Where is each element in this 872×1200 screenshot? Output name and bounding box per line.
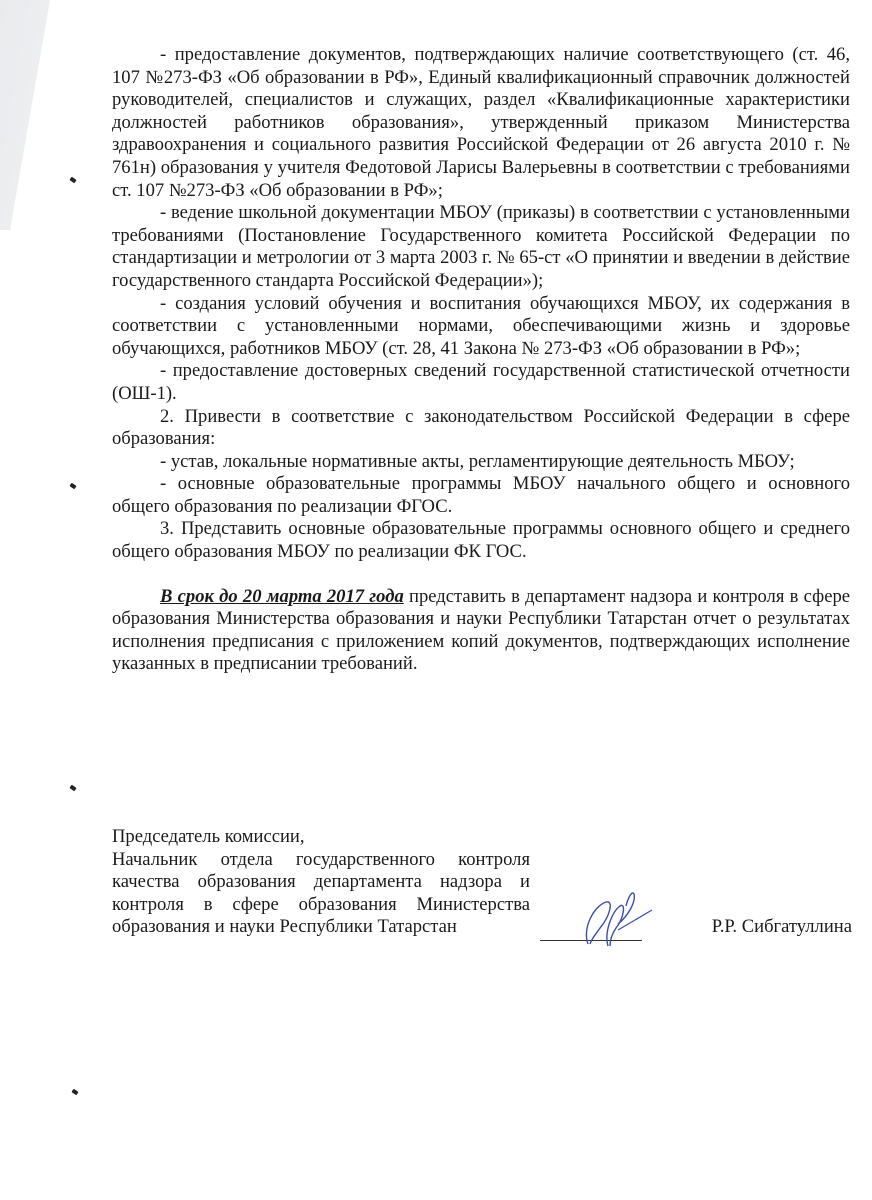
signature-block: Председатель комиссии, Начальник отдела … bbox=[112, 826, 852, 939]
paragraph-item-3: 3. Представить основные образовательные … bbox=[112, 518, 850, 563]
paragraph-documents-provision: - предоставление документов, подтверждаю… bbox=[112, 44, 850, 202]
margin-mark bbox=[69, 177, 76, 184]
paragraph-learning-conditions: - создания условий обучения и воспитания… bbox=[112, 293, 850, 361]
signatory-title-line: Начальник отдела государственного контро… bbox=[112, 849, 530, 872]
signatory-title-line: Председатель комиссии, bbox=[112, 826, 530, 849]
signatory-title-line: контроля в сфере образования Министерств… bbox=[112, 894, 530, 917]
deadline-date: В срок до 20 марта 2017 года bbox=[160, 586, 404, 607]
signatory-title-line: качества образования департамента надзор… bbox=[112, 871, 530, 894]
handwritten-signature-icon bbox=[574, 888, 664, 948]
signatory-name: Р.Р. Сибгатуллина bbox=[712, 916, 852, 939]
margin-mark bbox=[69, 785, 76, 792]
paragraph-item-2: 2. Привести в соответствие с законодател… bbox=[112, 406, 850, 451]
paragraph-statistics: - предоставление достоверных сведений го… bbox=[112, 360, 850, 405]
signatory-title: Председатель комиссии, Начальник отдела … bbox=[112, 826, 530, 939]
paragraph-school-records: - ведение школьной документации МБОУ (пр… bbox=[112, 202, 850, 292]
paragraph-charter: - устав, локальные нормативные акты, рег… bbox=[112, 451, 850, 474]
margin-mark bbox=[69, 483, 76, 490]
scan-page-shadow bbox=[0, 0, 50, 230]
deadline-paragraph: В срок до 20 марта 2017 года представить… bbox=[112, 586, 850, 676]
signatory-title-line: образования и науки Республики Татарстан bbox=[112, 916, 530, 939]
margin-mark bbox=[71, 1089, 78, 1096]
document-body: - предоставление документов, подтверждаю… bbox=[112, 44, 850, 676]
paragraph-fgos-programs: - основные образовательные программы МБО… bbox=[112, 473, 850, 518]
